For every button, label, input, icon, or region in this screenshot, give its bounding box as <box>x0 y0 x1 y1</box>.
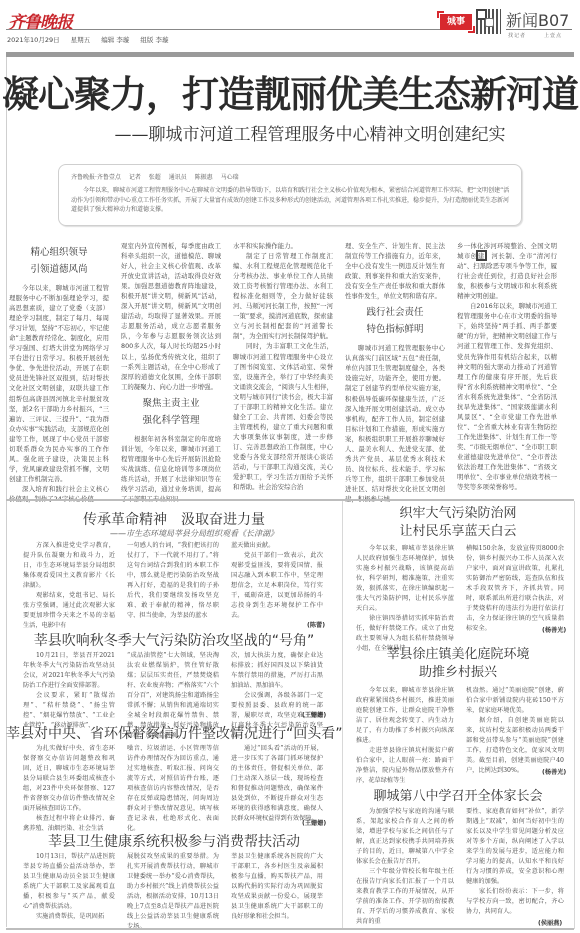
article-column: 方深入推进党史学习教育，提升队伍凝聚力和战斗力，近日，市生态环境局莘县分局组织集… <box>23 541 115 631</box>
qr-code-icon[interactable] <box>476 9 501 34</box>
article-column: 一句感人的台词，“我们把该打的仗打了，下一代就不用打了。”将这句台词结合到我们的… <box>127 541 219 621</box>
author-credit: (侯丽燕) <box>538 918 562 927</box>
article-column: 今年以来，聊城市莘县徐庄镇政府紧紧围绕乡村振兴，推进美丽庭院创建工作，让群众庭院… <box>356 686 454 786</box>
article-title: 莘县对中央、省环保督察信访件整改情况进行“回头看” <box>6 723 342 743</box>
column-subhead: 践行社会责任 特色指标鲜明 <box>345 304 445 338</box>
main-headline: 凝心聚力，打造靓丽优美生态新河道 <box>0 64 580 118</box>
article-column: 蓝天做出贡献。党员干部们一致表示，此次观影受益匪浅，要将爱国情、报国志融入到本职… <box>231 541 323 621</box>
author-credit: (王姗姗) <box>302 818 326 827</box>
author-credit: (杨善光) <box>542 625 566 634</box>
article-column: 通过“回头看”活动的开展，进一步压实了各部门抓环境保护的主体责任，督促相关单位、… <box>231 744 323 824</box>
article-column-5: 乡一体化涉河环境整治、全国文明城市创建、河长制、全市“清河行动”、扫黑除恶专项斗… <box>457 241 557 492</box>
article-column: 10月13日，帮扶产品进医院莘县专场直播公益活动举办，莘县卫生健康局动员全县卫生… <box>23 852 115 922</box>
column-subhead: 聚焦主责主业 强化科学管理 <box>121 395 221 429</box>
article-subtitle: ——市生态环境局莘县分局组织观看《长津湖》 <box>6 528 342 539</box>
article-title: 聊城第八中学召开全体家长会 <box>342 785 574 804</box>
lower-left-section: 传承革命精神 汲取奋进力量 ——市生态环境局莘县分局组织观看《长津湖》 方深入推… <box>6 501 343 929</box>
page-slogan: 找记者上壹点 <box>508 32 562 39</box>
article-column: 横幅150余条，发放宣传页8000余份，镇乡村振兴办工作人员深入农户家中，面对面… <box>466 544 564 634</box>
article-column: 为扎实做好中央、省生态环保督察交办信访问题整改和巩固，近日，聊城市生态环境局莘县… <box>23 744 115 834</box>
issue-weekday: 星期五 <box>71 36 91 44</box>
article-column: 展脱贫攻坚成果的重要举措。为扎实开展消费帮扶行动，聊城市卫健委统一举办“爱心消费… <box>127 852 219 932</box>
lead-text: 今年以来，聊城市河道工程管理服务中心在聊城市文明委的指导帮助下，以培育和践行社会… <box>71 186 511 215</box>
column-subhead: 精心组织领导 引领道德风尚 <box>9 244 109 278</box>
page-name: 新闻 <box>506 11 538 30</box>
lead-box: 齐鲁晚报·齐鲁壹点 记者 张超 通讯员 陈振惠 马心瑞 今年以来，聊城市河道工程… <box>58 164 522 226</box>
article-column: 为加强学校与家庭的沟通与联系，架起家校合作育人之间的桥梁，增进学校与家长之间信任… <box>356 807 454 927</box>
designer-credit: 组版 李璇 <box>140 36 168 44</box>
editor-credit: 编辑 李璇 <box>101 36 129 44</box>
author-credit: (杨善光) <box>542 767 566 776</box>
article-title: 莘县徐庄镇美化庭院环境 助推乡村振兴 <box>342 646 574 682</box>
byline: 齐鲁晚报·齐鲁壹点 记者 张超 通讯员 陈振惠 马心瑞 <box>71 172 245 181</box>
article-title: 莘县吹响秋冬季大气污染防治攻坚战的“号角” <box>6 630 342 650</box>
article-column-4: 理、安全生产、计划生育、民主法制宣传等工作措施有力，近年来，全中心没有发生一例违… <box>345 241 445 504</box>
article-column: 机盎然。通过“美丽庭院”创建，蔚伯合家中新铺设院内花砖150平方米，促家庭环境优… <box>466 686 564 776</box>
page-number: B07 <box>538 11 569 30</box>
top-bar <box>6 52 574 57</box>
article-title: 织牢大气污染防治网 让村民乐享蓝天白云 <box>342 505 574 541</box>
article-column: 要性、家庭教育如何“补位”，新学期遇上“双减”，如何当好初中生的家长以及中学生常… <box>466 807 564 917</box>
bottom-rule <box>6 928 574 930</box>
article-column: 噪音、垃圾清运、小区管理等信访件办理情况作为回访重点，通过实地核查、听取汇报、问… <box>127 744 219 834</box>
newspaper-page: 齐鲁晚报 2021年10月29日 星期五 编辑 李璇 组版 李璇 城事 新闻B0… <box>0 0 580 933</box>
author-credit: (王姗姗) <box>302 710 326 719</box>
article-title: 传承革命精神 汲取奋进力量 <box>6 509 342 529</box>
article-title: 莘县卫生健康系统积极参与消费帮扶活动 <box>6 831 342 851</box>
article-column: 10月21日，莘县召开2021年秋冬季大气污染防治攻坚动员会议，对2021年秋冬… <box>23 651 115 731</box>
article-column-2: 观室内外宣传图板，每季度由政工科牵头组织一次，道德模范、聊城好人，社会主义核心价… <box>121 241 221 504</box>
section-tag: 城事 <box>440 14 472 30</box>
lower-right-section: 织牢大气污染防治网 让村民乐享蓝天白云 今年以来，聊城市莘县徐庄镇人民政府加强生… <box>342 501 575 929</box>
article-column-3: 水平和实际操作能力。 制定了日常管理工作制度汇编、水利工程规范化管理规范化千分考… <box>233 241 333 492</box>
article-column-1: 精心组织领导 引领道德风尚 今年以来，聊城市河道工程管理服务中心不断加强理论学习… <box>9 241 109 504</box>
main-subheadline: ——聊城市河道工程管理服务中心精神文明创建纪实 <box>0 120 580 145</box>
article-column: 莘县卫生健康系统各医院的广大干部职工，各乡村医生及亲属积极参与直播，购买帮扶产品… <box>231 852 323 922</box>
header-rule <box>6 29 440 30</box>
issue-date: 2021年10月29日 <box>7 36 60 44</box>
page-label: 新闻B07 <box>506 8 569 31</box>
author-credit: (陈蕾) <box>307 620 325 629</box>
article-column: 今年以来，聊城市莘县徐庄镇人民政府加强生态环境保护，加快实施乡村振兴战略，该镇提… <box>356 544 454 654</box>
page-label-rule <box>506 29 572 30</box>
dateline: 2021年10月29日 星期五 编辑 李璇 组版 李璇 <box>7 35 177 44</box>
